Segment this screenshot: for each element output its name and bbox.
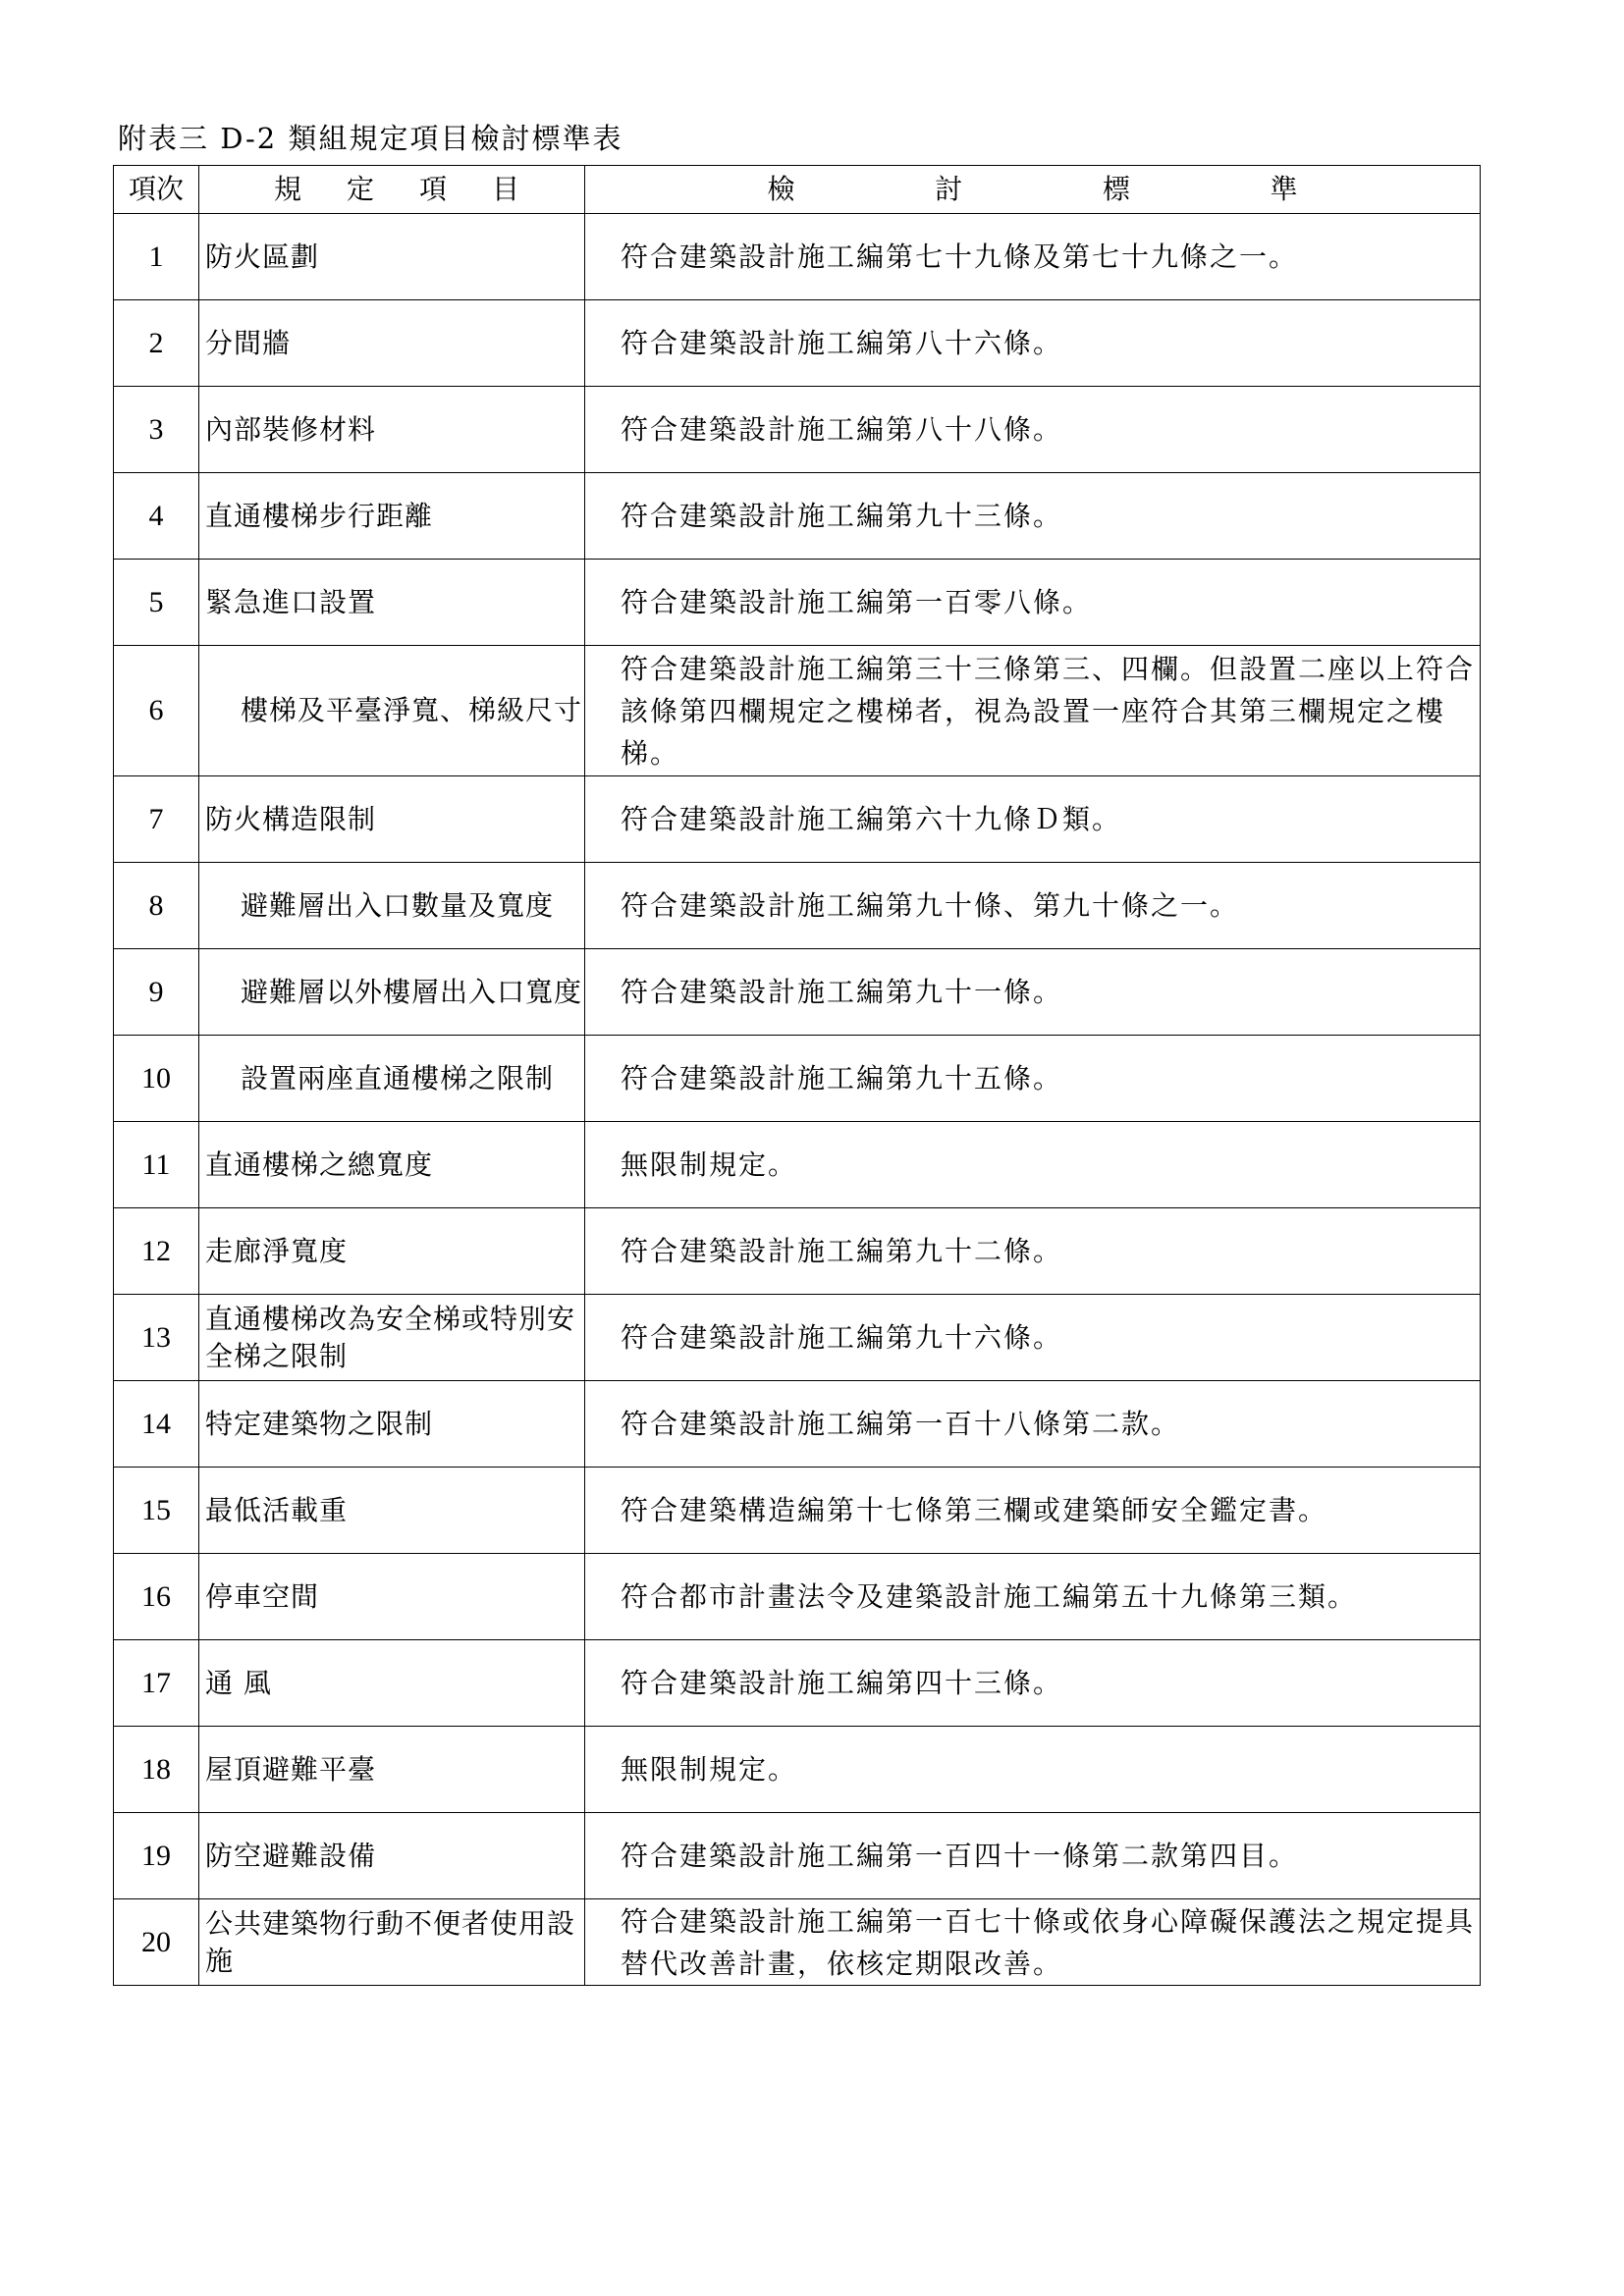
row-item-label: 通 風 (205, 1667, 272, 1699)
table-row: 6 樓梯及平臺淨寬、梯級尺寸 符合建築設計施工編第三十三條第三、四欄。但設置二座… (114, 646, 1481, 776)
table-row: 5 緊急進口設置 符合建築設計施工編第一百零八條。 (114, 560, 1481, 646)
row-number: 9 (114, 949, 199, 1036)
row-item: 避難層出入口數量及寬度 (199, 863, 585, 949)
row-item-label: 緊急進口設置 (205, 586, 376, 618)
header-item-char: 規 (274, 174, 301, 205)
row-item-label: 走廊淨寬度 (205, 1235, 348, 1267)
header-item-char: 定 (347, 174, 374, 205)
row-number: 3 (114, 387, 199, 473)
row-standard: 符合建築設計施工編第七十九條及第七十九條之一。 (585, 214, 1481, 300)
table-row: 4 直通樓梯步行距離 符合建築設計施工編第九十三條。 (114, 473, 1481, 560)
table-row: 9 避難層以外樓層出入口寬度 符合建築設計施工編第九十一條。 (114, 949, 1481, 1036)
row-standard: 符合建築設計施工編第一百四十一條第二款第四目。 (585, 1813, 1481, 1899)
row-standard: 符合建築設計施工編第九十六條。 (585, 1295, 1481, 1381)
row-item-label: 特定建築物之限制 (205, 1408, 433, 1440)
row-item-label: 避難層以外樓層出入口寬度 (205, 976, 582, 1008)
row-standard: 符合建築設計施工編第一百十八條第二款。 (585, 1381, 1481, 1468)
row-standard: 符合建築設計施工編第九十三條。 (585, 473, 1481, 560)
row-standard: 符合建築設計施工編第八十六條。 (585, 300, 1481, 387)
row-number: 18 (114, 1727, 199, 1813)
page-title: 附表三 D-2 類組規定項目檢討標準表 (118, 122, 623, 155)
review-standards-table: 項次 規 定 項 目 檢 討 標 準 1 防火區劃 符合建築設計施 (113, 165, 1481, 1986)
row-item-label: 避難層出入口數量及寬度 (205, 889, 554, 922)
row-item: 停車空間 (199, 1554, 585, 1640)
table-row: 17 通 風 符合建築設計施工編第四十三條。 (114, 1640, 1481, 1727)
row-item-label: 屋頂避難平臺 (205, 1753, 376, 1786)
table-row: 10 設置兩座直通樓梯之限制 符合建築設計施工編第九十五條。 (114, 1036, 1481, 1122)
row-standard: 符合建築構造編第十七條第三欄或建築師安全鑑定書。 (585, 1468, 1481, 1554)
row-standard: 無限制規定。 (585, 1122, 1481, 1208)
row-item: 直通樓梯之總寬度 (199, 1122, 585, 1208)
row-standard: 符合建築設計施工編第八十八條。 (585, 387, 1481, 473)
row-standard: 符合建築設計施工編第九十一條。 (585, 949, 1481, 1036)
row-standard: 符合建築設計施工編第四十三條。 (585, 1640, 1481, 1727)
row-item-label: 防火區劃 (205, 240, 319, 273)
header-standard-char: 準 (1270, 174, 1297, 205)
table-row: 11 直通樓梯之總寬度 無限制規定。 (114, 1122, 1481, 1208)
row-item-label: 直通樓梯之總寬度 (205, 1148, 433, 1181)
header-standard-char: 討 (935, 174, 962, 205)
row-number: 19 (114, 1813, 199, 1899)
table-header-row: 項次 規 定 項 目 檢 討 標 準 (114, 166, 1481, 214)
table-row: 12 走廊淨寬度 符合建築設計施工編第九十二條。 (114, 1208, 1481, 1295)
row-standard: 符合建築設計施工編第九十條、第九十條之一。 (585, 863, 1481, 949)
row-item: 直通樓梯改為安全梯或特別安全梯之限制 (199, 1295, 585, 1381)
header-item-char: 項 (419, 174, 447, 205)
row-item: 緊急進口設置 (199, 560, 585, 646)
row-item: 防火構造限制 (199, 776, 585, 863)
table-row: 20 公共建築物行動不便者使用設施 符合建築設計施工編第一百七十條或依身心障礙保… (114, 1899, 1481, 1986)
header-item: 規 定 項 目 (199, 166, 585, 214)
row-number: 12 (114, 1208, 199, 1295)
header-item-char: 目 (492, 174, 519, 205)
row-item-label: 直通樓梯改為安全梯或特別安全梯之限制 (205, 1303, 575, 1372)
row-number: 1 (114, 214, 199, 300)
row-item-label: 樓梯及平臺淨寬、梯級尺寸 (205, 694, 582, 726)
table-row: 13 直通樓梯改為安全梯或特別安全梯之限制 符合建築設計施工編第九十六條。 (114, 1295, 1481, 1381)
row-standard: 符合建築設計施工編第九十五條。 (585, 1036, 1481, 1122)
row-number: 10 (114, 1036, 199, 1122)
row-item: 直通樓梯步行距離 (199, 473, 585, 560)
row-item: 防空避難設備 (199, 1813, 585, 1899)
table-row: 1 防火區劃 符合建築設計施工編第七十九條及第七十九條之一。 (114, 214, 1481, 300)
table-row: 3 內部裝修材料 符合建築設計施工編第八十八條。 (114, 387, 1481, 473)
row-number: 13 (114, 1295, 199, 1381)
row-item: 分間牆 (199, 300, 585, 387)
row-number: 15 (114, 1468, 199, 1554)
row-item-label: 直通樓梯步行距離 (205, 500, 433, 532)
table-row: 16 停車空間 符合都市計畫法令及建築設計施工編第五十九條第三類。 (114, 1554, 1481, 1640)
header-standard-char: 標 (1103, 174, 1130, 205)
row-standard: 符合建築設計施工編第一百零八條。 (585, 560, 1481, 646)
row-standard: 符合建築設計施工編第一百七十條或依身心障礙保護法之規定提具替代改善計畫，依核定期… (585, 1899, 1481, 1986)
row-standard: 符合建築設計施工編第九十二條。 (585, 1208, 1481, 1295)
table-row: 19 防空避難設備 符合建築設計施工編第一百四十一條第二款第四目。 (114, 1813, 1481, 1899)
row-number: 2 (114, 300, 199, 387)
row-number: 5 (114, 560, 199, 646)
row-item: 內部裝修材料 (199, 387, 585, 473)
table-row: 2 分間牆 符合建築設計施工編第八十六條。 (114, 300, 1481, 387)
row-item-label: 設置兩座直通樓梯之限制 (205, 1062, 554, 1095)
row-item-label: 防火構造限制 (205, 803, 376, 835)
row-item-label: 內部裝修材料 (205, 413, 376, 446)
row-number: 7 (114, 776, 199, 863)
row-item: 公共建築物行動不便者使用設施 (199, 1899, 585, 1986)
table-row: 8 避難層出入口數量及寬度 符合建築設計施工編第九十條、第九十條之一。 (114, 863, 1481, 949)
row-number: 4 (114, 473, 199, 560)
row-item: 走廊淨寬度 (199, 1208, 585, 1295)
table-row: 14 特定建築物之限制 符合建築設計施工編第一百十八條第二款。 (114, 1381, 1481, 1468)
row-standard: 符合建築設計施工編第三十三條第三、四欄。但設置二座以上符合該條第四欄規定之樓梯者… (585, 646, 1481, 776)
header-standard: 檢 討 標 準 (585, 166, 1481, 214)
row-number: 17 (114, 1640, 199, 1727)
row-item: 特定建築物之限制 (199, 1381, 585, 1468)
row-item-label: 停車空間 (205, 1580, 319, 1613)
row-item: 屋頂避難平臺 (199, 1727, 585, 1813)
row-item-label: 防空避難設備 (205, 1840, 376, 1872)
row-number: 20 (114, 1899, 199, 1986)
row-item: 樓梯及平臺淨寬、梯級尺寸 (199, 646, 585, 776)
row-item-label: 分間牆 (205, 327, 291, 359)
header-no: 項次 (114, 166, 199, 214)
row-standard: 符合建築設計施工編第六十九條Ｄ類。 (585, 776, 1481, 863)
row-item: 通 風 (199, 1640, 585, 1727)
row-standard: 無限制規定。 (585, 1727, 1481, 1813)
header-standard-char: 檢 (768, 174, 795, 205)
row-item: 設置兩座直通樓梯之限制 (199, 1036, 585, 1122)
row-number: 6 (114, 646, 199, 776)
row-item: 最低活載重 (199, 1468, 585, 1554)
table-row: 7 防火構造限制 符合建築設計施工編第六十九條Ｄ類。 (114, 776, 1481, 863)
row-number: 14 (114, 1381, 199, 1468)
row-item-label: 最低活載重 (205, 1494, 348, 1526)
row-number: 11 (114, 1122, 199, 1208)
row-number: 8 (114, 863, 199, 949)
row-item: 防火區劃 (199, 214, 585, 300)
row-item-label: 公共建築物行動不便者使用設施 (205, 1907, 575, 1977)
row-item: 避難層以外樓層出入口寬度 (199, 949, 585, 1036)
table-row: 18 屋頂避難平臺 無限制規定。 (114, 1727, 1481, 1813)
row-standard: 符合都市計畫法令及建築設計施工編第五十九條第三類。 (585, 1554, 1481, 1640)
row-number: 16 (114, 1554, 199, 1640)
table-row: 15 最低活載重 符合建築構造編第十七條第三欄或建築師安全鑑定書。 (114, 1468, 1481, 1554)
